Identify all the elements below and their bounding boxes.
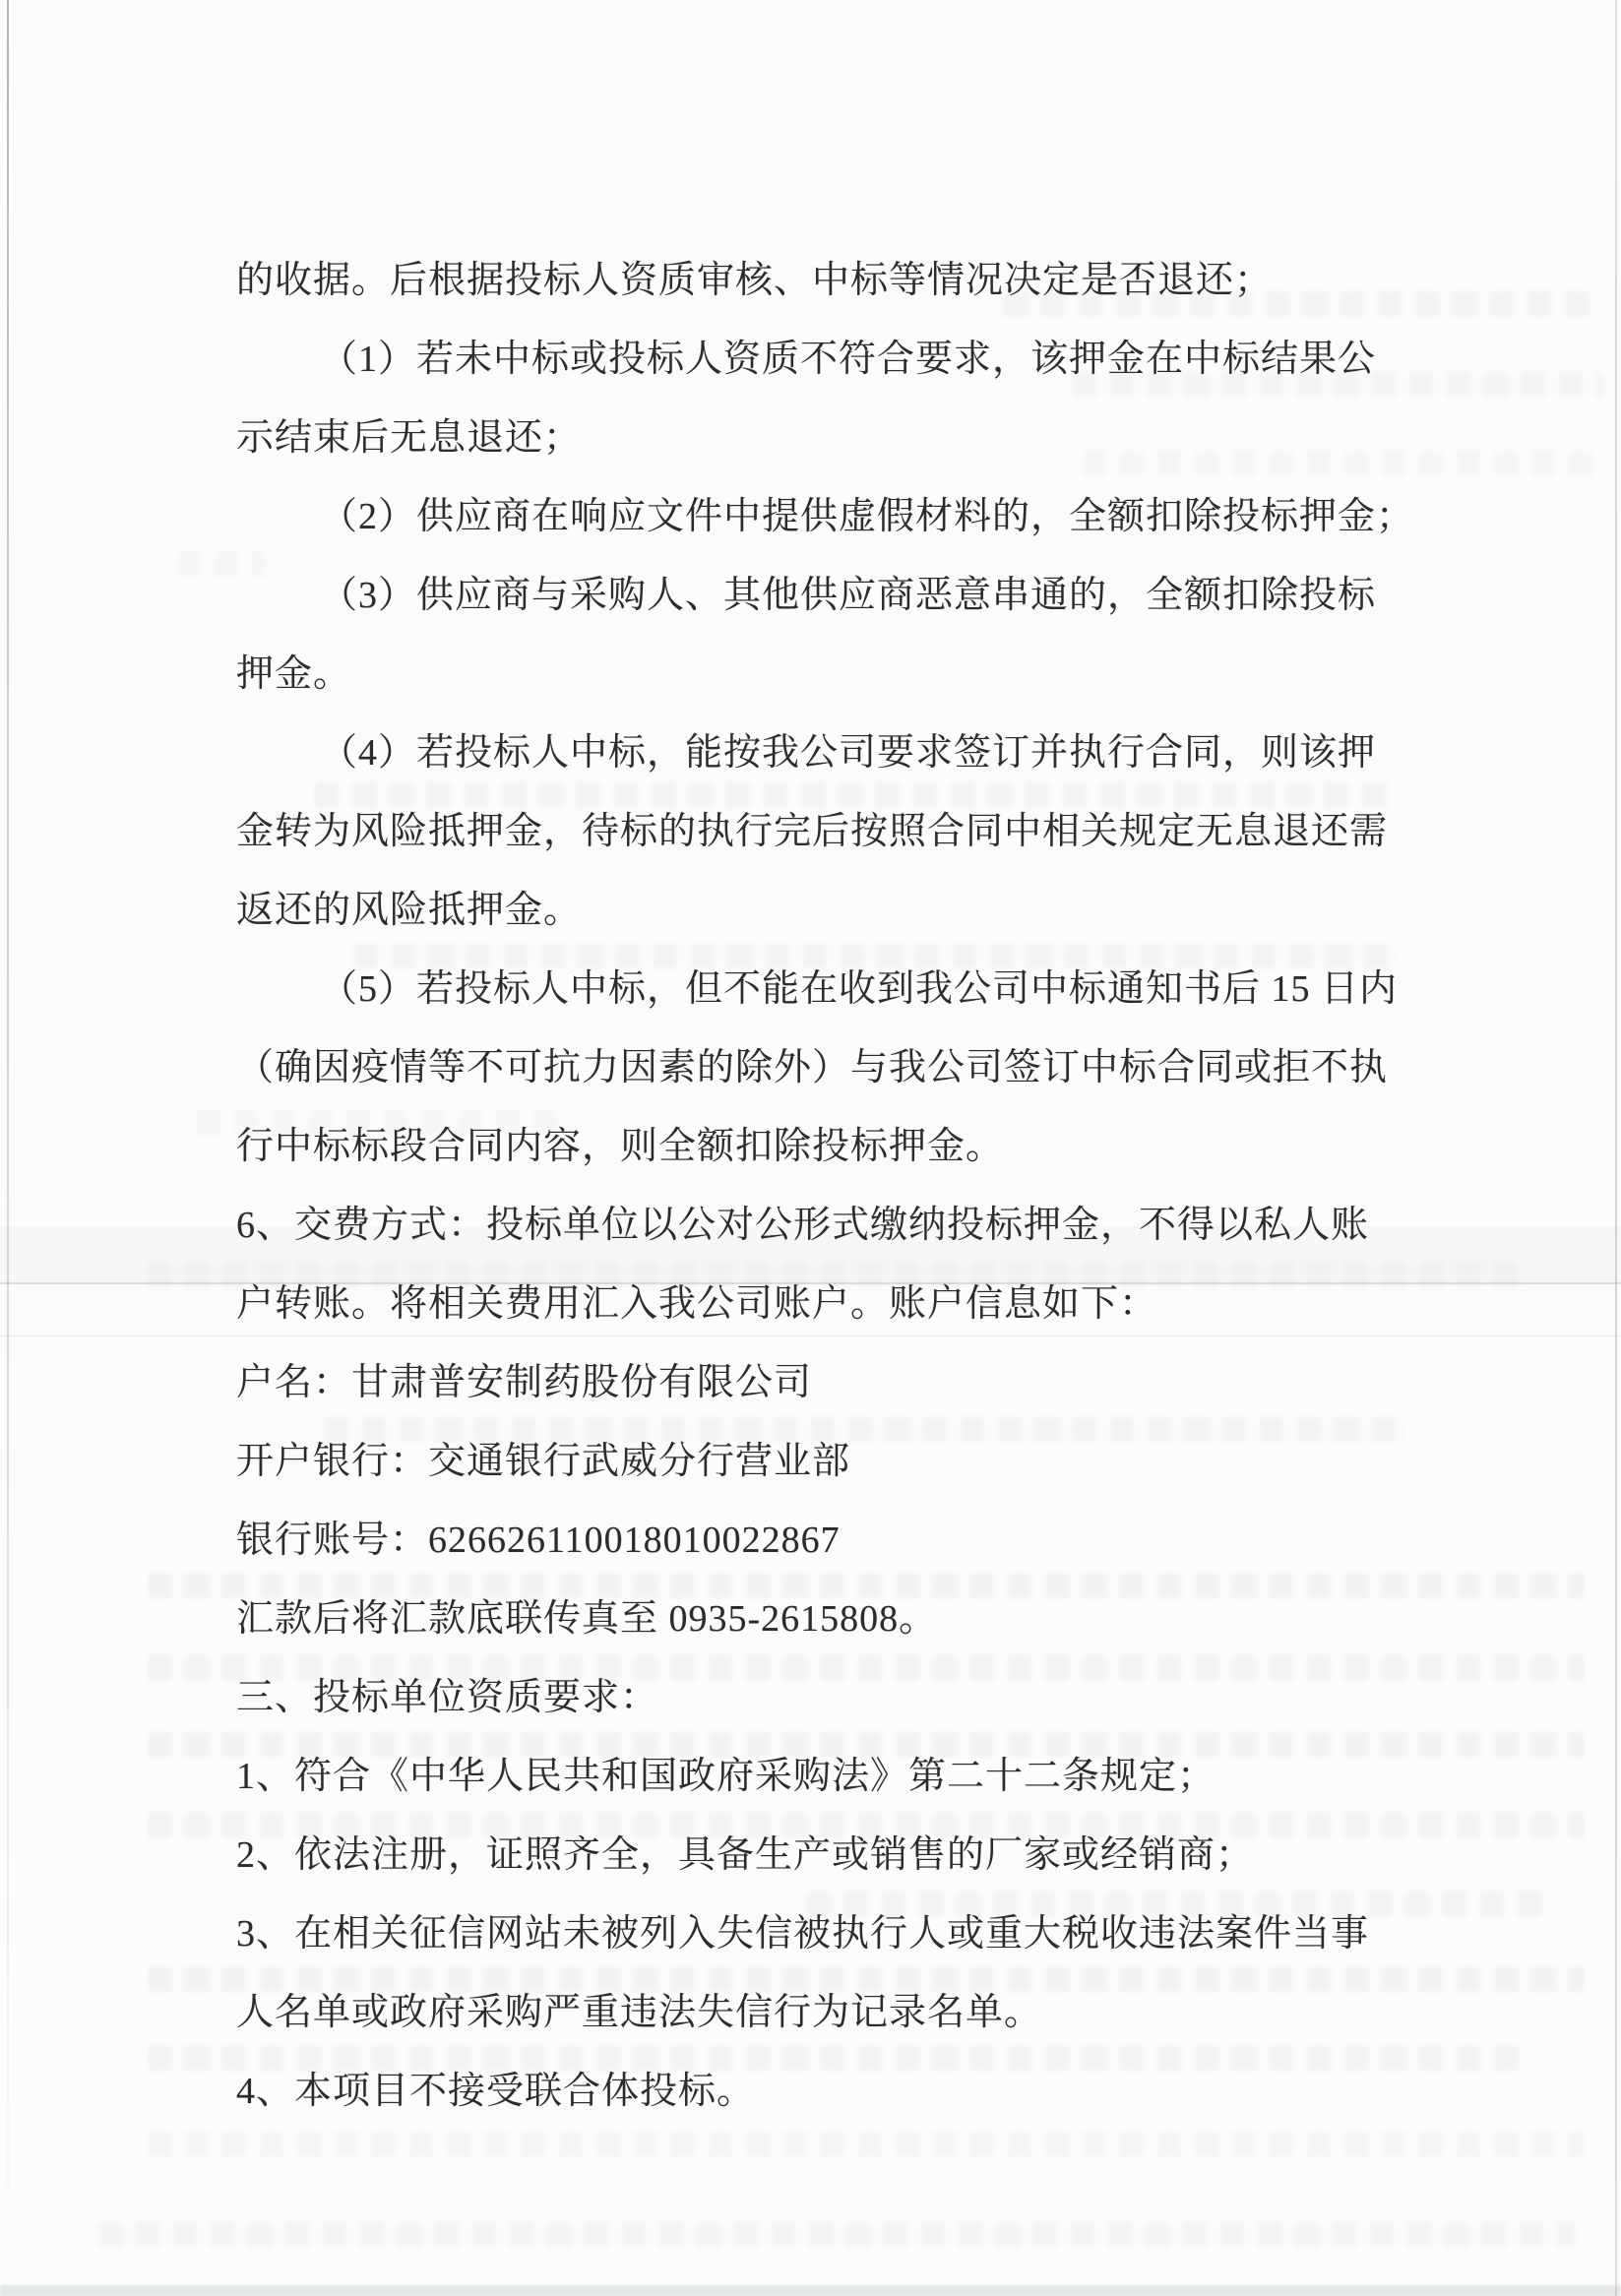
account-number-line: 银行账号：626626110018010022867	[236, 1501, 1390, 1580]
requirement-1-line: 1、符合《中华人民共和国政府采购法》第二十二条规定；	[236, 1737, 1390, 1816]
clause-1-line: （1）若未中标或投标人资质不符合要求，该押金在中标结果公	[236, 320, 1390, 399]
clause-5-line-cont: （确因疫情等不可抗力因素的除外）与我公司签订中标合同或拒不执	[236, 1028, 1390, 1107]
clause-5-line-cont2: 行中标标段合同内容，则全额扣除投标押金。	[236, 1107, 1390, 1186]
clause-3-line-cont: 押金。	[236, 635, 1390, 714]
scan-bottom-edge	[0, 2285, 1621, 2296]
account-name-line: 户名：甘肃普安制药股份有限公司	[236, 1343, 1390, 1422]
requirement-3-line-cont: 人名单或政府采购严重违法失信行为记录名单。	[236, 1973, 1390, 2052]
requirement-4-line: 4、本项目不接受联合体投标。	[236, 2052, 1390, 2131]
scan-edge-left	[7, 0, 9, 2296]
requirement-2-line: 2、依法注册，证照齐全，具备生产或销售的厂家或经销商；	[236, 1816, 1390, 1894]
clause-2-line: （2）供应商在响应文件中提供虚假材料的，全额扣除投标押金；	[236, 477, 1390, 556]
fax-instruction-line: 汇款后将汇款底联传真至 0935-2615808。	[236, 1580, 1390, 1658]
bleed-through-ghost	[148, 2131, 1585, 2156]
clause-4-line-cont: 金转为风险抵押金，待标的执行完后按照合同中相关规定无息退还需	[236, 792, 1390, 871]
clause-5-line: （5）若投标人中标，但不能在收到我公司中标通知书后 15 日内	[236, 950, 1390, 1028]
receipt-clause-line: 的收据。后根据投标人资质审核、中标等情况决定是否退还；	[236, 241, 1390, 320]
scan-edge-right	[1615, 0, 1617, 2296]
clause-3-line: （3）供应商与采购人、其他供应商恶意串通的，全额扣除投标	[236, 556, 1390, 635]
payment-method-line-cont: 户转账。将相关费用汇入我公司账户。账户信息如下：	[236, 1265, 1390, 1343]
requirement-3-line: 3、在相关征信网站未被列入失信被执行人或重大税收违法案件当事	[236, 1894, 1390, 1973]
section-3-heading-line: 三、投标单位资质要求：	[236, 1658, 1390, 1737]
clause-1-line-cont: 示结束后无息退还；	[236, 399, 1390, 477]
payment-method-line: 6、交费方式：投标单位以公对公形式缴纳投标押金，不得以私人账	[236, 1186, 1390, 1265]
clause-4-line: （4）若投标人中标，能按我公司要求签订并执行合同，则该押	[236, 714, 1390, 792]
clause-4-line-cont2: 返还的风险抵押金。	[236, 871, 1390, 950]
bleed-through-ghost	[98, 2222, 1575, 2248]
document-body: 的收据。后根据投标人资质审核、中标等情况决定是否退还； （1）若未中标或投标人资…	[236, 241, 1390, 2131]
scanned-document-page: 的收据。后根据投标人资质审核、中标等情况决定是否退还； （1）若未中标或投标人资…	[0, 0, 1621, 2296]
bank-name-line: 开户银行：交通银行武威分行营业部	[236, 1422, 1390, 1501]
